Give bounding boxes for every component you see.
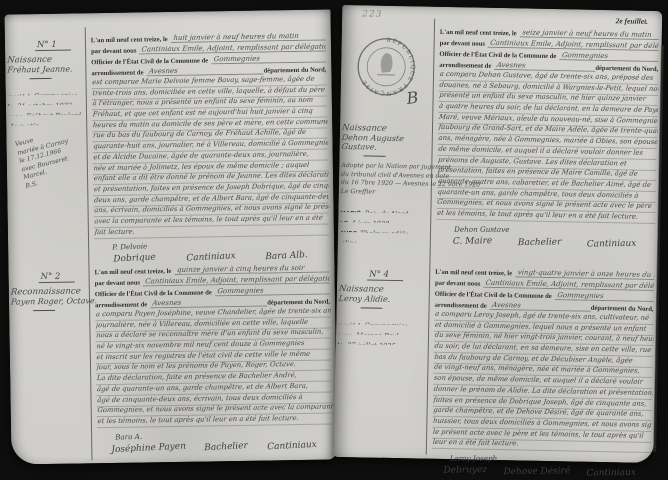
handwritten-arrondissement: Avesnes [494,61,596,72]
act-2-reconnaissance-payen: N° 2 Reconnaissance Payen Roger, Octave.… [8,261,337,462]
act-number: N° 2 [39,272,75,284]
act-child-name: Fréhaut Jeanne. [7,64,86,74]
act-4-margin: N° 4 Naissance Leroy Alidie. marié àGomm… [338,263,428,346]
signature: Cantiniaux [586,238,636,249]
act-signatures: Dehon GustaveC. MaireBachelierCantiniaux [436,219,655,249]
act-body-handwriting: a comparu Dehon Gustave, âgé de trente-s… [436,70,658,224]
act-3-text: L'an mil neuf cent treize, le seize janv… [436,25,659,250]
handwritten-commune: Gommegnies [559,51,658,62]
act-signatures: Leroy JosephDebruyezDehove DésiréCantini… [431,449,650,479]
signature: Dehon Gustave [440,224,649,233]
act-body-handwriting: est comparue Marie Delvoie femme Bavay, … [91,75,328,239]
signature: Cantiniaux [587,468,637,479]
marginal-note: Veuvemariée à Carnoyle 17.12.1966avec Bo… [14,124,96,191]
act-1-text: L'an mil neuf cent treize, le huit janvi… [91,30,330,265]
act-body-handwriting: a comparu Payen Joséphine, veuve Chandel… [95,307,332,428]
signature: Bara A. [101,425,326,441]
signature: Leroy Joseph [436,454,645,463]
stamp-handwritten-fill: 27 juillet 1935 [345,341,399,346]
signature: P. Delvoie [98,236,323,252]
act-number: N° 1 [35,40,71,52]
flourish-dash [33,310,55,311]
handwritten-arrondissement: Avesnes [147,66,265,77]
signature: Dehove Désiré [504,466,571,477]
register-page-right: 2e feuillet. 223 RÉPUBLIQUE FRANÇAISE [334,5,663,463]
act-child-name-2: Gustave. [341,142,430,153]
stamp-line: aline. [340,232,428,244]
act-4-naissance-leroy: N° 4 Naissance Leroy Alidie. marié àGomm… [334,263,658,461]
act-2-margin: N° 2 Reconnaissance Payen Roger, Octave. [10,265,89,311]
act-1-margin: N° 1 Naissance Fréhaut Jeanne. marié àGo… [7,33,87,192]
signature: Cantiniaux [186,251,236,263]
flourish-dash [363,155,385,156]
register-page-left: N° 1 Naissance Fréhaut Jeanne. marié àGo… [4,9,337,464]
signature: Bachelier [204,441,248,453]
handwritten-commune: Gommegnies [211,54,326,65]
stamp-line: marié àGommegnies [8,84,86,95]
signature: Joséphine Payen [111,441,186,455]
pencil-page-number: 223 [362,9,382,19]
marriage-stamp: MARIÉPoix du NordLE4 juin 1938AVECThelma… [340,202,429,244]
handwritten-arrondissement: Avesnes [490,301,592,312]
signature: Dobrique [113,253,156,265]
adoption-note: Adopté par la Nation par jugementdu trib… [341,162,430,198]
folio-label: 2e feuillet. [616,16,649,26]
register-scan: N° 1 Naissance Fréhaut Jeanne. marié àGo… [0,0,668,480]
signature: Cantiniaux [267,439,317,451]
act-4-text: L'an mil neuf cent treize, le vingt-quat… [431,265,654,479]
signature: Debruyez [444,465,488,476]
handwritten-commune: Gommegnies [215,285,330,296]
act-child-name: Payen Roger, Octave. [11,296,90,306]
marriage-stamp: marié àGommegniesavecMasson Paulle27 jui… [338,314,427,346]
stamp-printed-word: le [338,343,344,346]
handwritten-commune: Gommegnies [555,291,654,302]
handwritten-arrondissement: Avesnes [150,297,268,308]
stamp-line: le31 octobre 1932 [8,94,86,105]
act-2-text: L'an mil neuf cent treize, le quinze jan… [94,262,332,454]
flourish-dash [29,78,51,79]
stamp-line: LE4 juin 1938 [340,212,428,224]
stamp-line: Augustin [8,114,86,125]
act-child-name: Leroy Alidie. [338,294,427,305]
act-3-margin: RÉPUBLIQUE FRANÇAISE B Naissance Dehon A… [340,23,432,244]
stamp-line: avecFréhaut-Poulard [8,104,86,115]
signature: Bara Alb. [265,250,308,262]
signature: Bachelier [517,237,561,248]
signature: C. Maire [453,236,493,247]
act-3-naissance-dehon: RÉPUBLIQUE FRANÇAISE B Naissance Dehon A… [337,23,661,265]
act-body-handwriting: a comparu Leroy Joseph, âgé de trente-si… [432,310,654,453]
stamp-handwritten-fill: aline. [340,239,363,244]
handwritten-line: Le Greffier [341,187,429,197]
marriage-stamp: marié àGommegniesle31 octobre 1932avecFr… [8,84,87,125]
act-1-naissance-frehaut: N° 1 Naissance Fréhaut Jeanne. marié àGo… [5,29,335,262]
act-signatures: P. DelvoieDobriqueCantiniauxBara Alb. [94,235,329,265]
stamp-handwritten-fill: Augustin [8,122,43,126]
flourish-dash [361,307,383,308]
act-number: N° 4 [367,269,403,281]
clerk-monogram: B [405,88,419,108]
act-signatures: Bara A.Joséphine PayenBachelierCantiniau… [97,424,332,454]
stamp-line: le27 juillet 1935 [338,334,426,346]
